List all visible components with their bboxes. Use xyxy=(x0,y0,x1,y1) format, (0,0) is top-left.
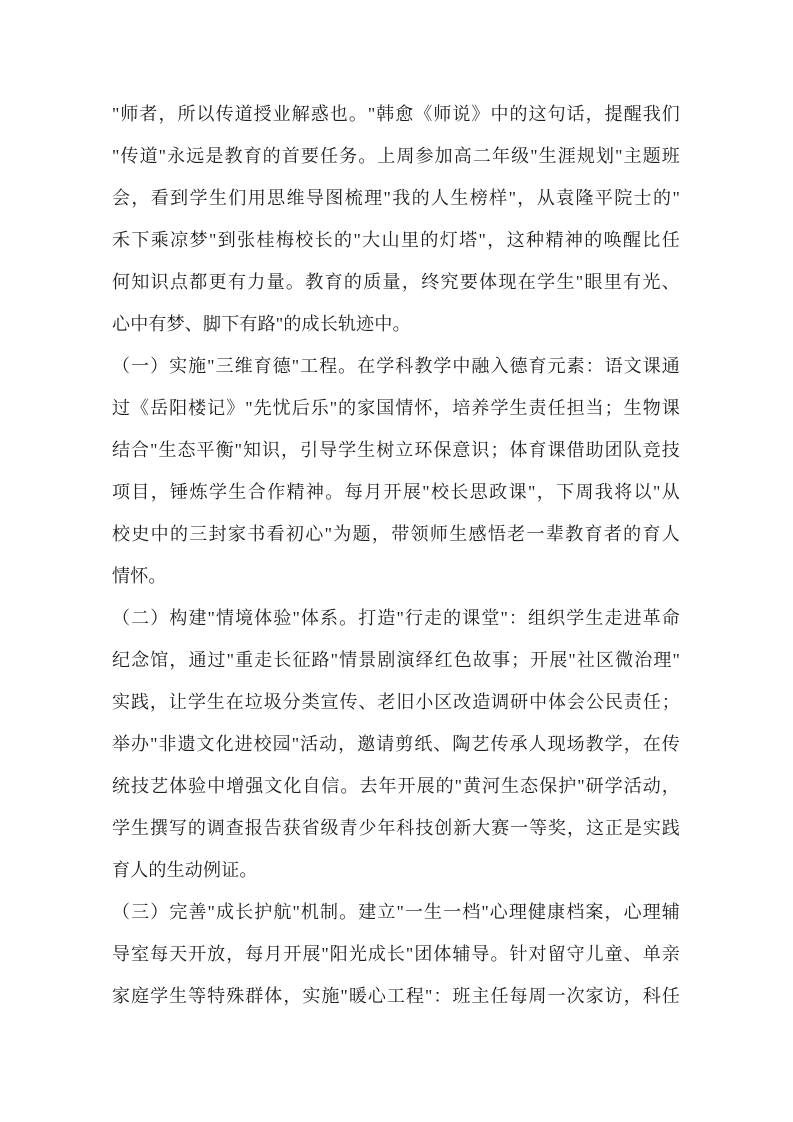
text-line: 育人的生动例证。 xyxy=(112,849,680,891)
text-line: 禾下乘凉梦"到张桂梅校长的"大山里的灯塔"，这种精神的唤醒比任 xyxy=(112,219,680,261)
text-line: 统技艺体验中增强文化自信。去年开展的"黄河生态保护"研学活动， xyxy=(112,765,680,807)
text-line: 纪念馆，通过"重走长征路"情景剧演绎红色故事；开展"社区微治理" xyxy=(112,639,680,681)
paragraph: （三）完善"成长护航"机制。建立"一生一档"心理健康档案，心理辅导室每天开放，每… xyxy=(112,891,680,1017)
text-line: 校史中的三封家书看初心"为题，带领师生感悟老一辈教育者的育人 xyxy=(112,513,680,555)
text-line: 项目，锤炼学生合作精神。每月开展"校长思政课"，下周我将以"从 xyxy=(112,471,680,513)
text-line: 何知识点都更有力量。教育的质量，终究要体现在学生"眼里有光、 xyxy=(112,261,680,303)
text-line: （二）构建"情境体验"体系。打造"行走的课堂"：组织学生走进革命 xyxy=(112,597,680,639)
text-line: 举办"非遗文化进校园"活动，邀请剪纸、陶艺传承人现场教学，在传 xyxy=(112,723,680,765)
text-line: （三）完善"成长护航"机制。建立"一生一档"心理健康档案，心理辅 xyxy=(112,891,680,933)
text-line: "传道"永远是教育的首要任务。上周参加高二年级"生涯规划"主题班 xyxy=(112,135,680,177)
text-line: 学生撰写的调查报告获省级青少年科技创新大赛一等奖，这正是实践 xyxy=(112,807,680,849)
text-line: 心中有梦、脚下有路"的成长轨迹中。 xyxy=(112,303,680,345)
text-line: （一）实施"三维育德"工程。在学科教学中融入德育元素：语文课通 xyxy=(112,345,680,387)
document-body: "师者，所以传道授业解惑也。"韩愈《师说》中的这句话，提醒我们"传道"永远是教育… xyxy=(112,93,680,1017)
text-line: 会，看到学生们用思维导图梳理"我的人生榜样"，从袁隆平院士的" xyxy=(112,177,680,219)
text-line: 实践，让学生在垃圾分类宣传、老旧小区改造调研中体会公民责任； xyxy=(112,681,680,723)
paragraph: "师者，所以传道授业解惑也。"韩愈《师说》中的这句话，提醒我们"传道"永远是教育… xyxy=(112,93,680,345)
paragraph: （一）实施"三维育德"工程。在学科教学中融入德育元素：语文课通过《岳阳楼记》"先… xyxy=(112,345,680,597)
text-line: 家庭学生等特殊群体，实施"暖心工程"：班主任每周一次家访，科任 xyxy=(112,975,680,1017)
text-line: 导室每天开放，每月开展"阳光成长"团体辅导。针对留守儿童、单亲 xyxy=(112,933,680,975)
document-page: "师者，所以传道授业解惑也。"韩愈《师说》中的这句话，提醒我们"传道"永远是教育… xyxy=(0,0,793,1122)
text-line: 结合"生态平衡"知识，引导学生树立环保意识；体育课借助团队竞技 xyxy=(112,429,680,471)
paragraph: （二）构建"情境体验"体系。打造"行走的课堂"：组织学生走进革命纪念馆，通过"重… xyxy=(112,597,680,891)
text-line: 过《岳阳楼记》"先忧后乐"的家国情怀，培养学生责任担当；生物课 xyxy=(112,387,680,429)
text-line: 情怀。 xyxy=(112,555,680,597)
text-line: "师者，所以传道授业解惑也。"韩愈《师说》中的这句话，提醒我们 xyxy=(112,93,680,135)
